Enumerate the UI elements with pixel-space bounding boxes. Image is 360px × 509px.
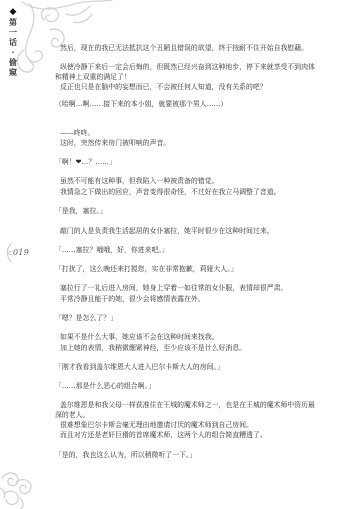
text-line: 盖尔维恩是和我父母一样获准住在王城的魔术师之一，也是在王城的魔术师中资历最 (60, 401, 315, 410)
bottom-left-floral-ornament (0, 468, 40, 509)
text-line: 而且对方还是老奸巨猾的首席魔术师，这两个人的组合简直糟透了。 (60, 431, 267, 440)
text-line: 「打扰了，这么晚还来打搅您，实在非常抱歉，莉娅大人。」 (55, 265, 238, 274)
text-line: 「是我，塞拉。」 (55, 207, 107, 216)
text-line: 很难想象巴尔卡斯会毫无理由地邀请讨厌的魔术师到自己房间。 (60, 421, 253, 430)
text-line: 然后，现在的我已无法抵抗这个丑陋且错误的欲望，终于按耐不住开始自我慰藉。 (60, 44, 308, 53)
chapter-header: ◆ 第 一 话 · 偷 窥 (6, 7, 20, 77)
text-line: 这时，突然传来房门被叩响的声音。 (60, 139, 170, 148)
text-line: 虽然不可能有这种事，但我陷入一种被责备的错觉。 (60, 177, 218, 186)
chapter-title-char: 话 (9, 37, 17, 47)
text-line: 「是的，我也这么认为，所以稍微听了一下。」 (55, 451, 196, 460)
text-line: 「……塞拉？哦哦，好，你进来吧。」 (55, 246, 169, 255)
text-line: 和精神上双重的满足了！ (55, 73, 131, 82)
text-line: 平常冷静且能干的她，很少会将感情表露在外。 (60, 295, 205, 304)
text-line: 加上她的表情，我稍微绷紧神经，至少应该不是什么好消息。 (60, 344, 246, 353)
text-line: 「刚才我看到盖尔维恩大人进入巴尔卡斯大人的房间。」 (55, 363, 224, 372)
text-line: ——咚咚。 (60, 129, 94, 138)
text-line: 「啊！❤…？……」 (55, 158, 116, 167)
chapter-title-char: · (12, 47, 15, 57)
chapter-title-char: 一 (9, 27, 17, 37)
text-line: （哈啊…啊……接下来的本小姐，就要被那个男人……） (55, 100, 227, 109)
text-line: 「……那是什么恶心的组合啊。」 (55, 382, 155, 391)
text-line: 反正也只是在脑中的妄想而已，不会被任何人知道，没有关系的吧？ (60, 83, 267, 92)
text-line: 「嗯？是怎么了？」 (55, 314, 117, 323)
text-line: 敲门的人是负责我生活起居的女仆塞拉，她平时很少在这种时间过来。 (60, 227, 274, 236)
text-line: 如果不是什么大事，她应该不会在这种时间来找我。 (60, 333, 218, 342)
diamond-icon: ◆ (10, 7, 17, 17)
text-line: 塞拉行了一礼后进入房间，她身上穿着一如往常的女仆服，表情却很严肃。 (60, 284, 287, 293)
chapter-title-char: 窥 (9, 67, 17, 77)
chapter-title-char: 偷 (9, 57, 17, 67)
text-line: 纵使冷静下来后一定会后悔的，但既然已经兴奋到这种地步，停下来就享受不到肉体 (60, 63, 315, 72)
text-line: 深的老人。 (55, 411, 89, 420)
chapter-title-char: 第 (9, 17, 17, 27)
text-line: 我情急之下做出的回应，声音变得很奇怪，不过好在我立马调整了音道。 (60, 188, 281, 197)
page-number: 019 (13, 248, 29, 257)
